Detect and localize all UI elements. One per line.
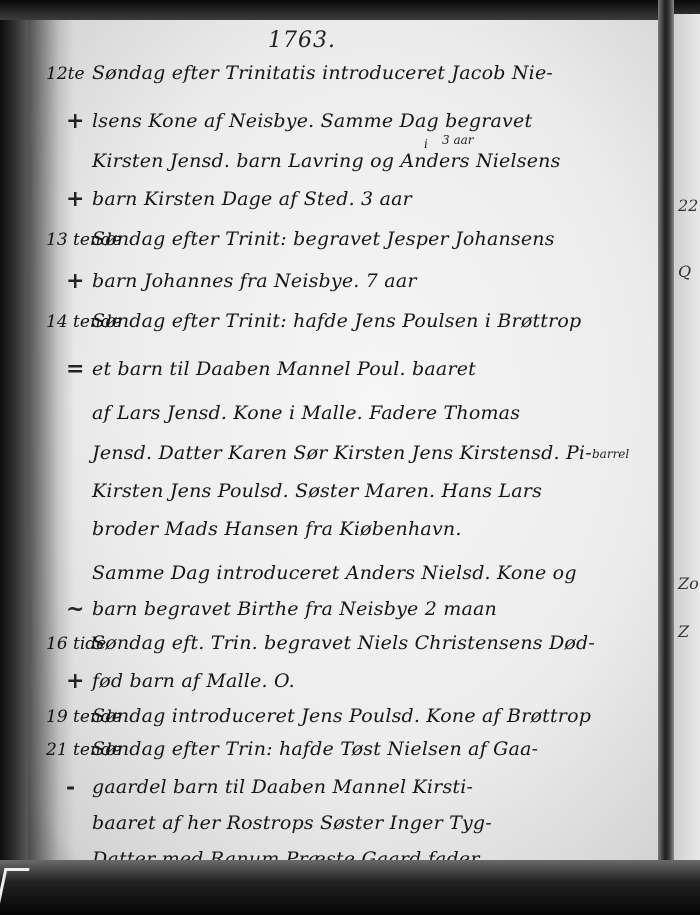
next-page-fragment: Z: [678, 622, 689, 641]
register-line: Kirsten Jensd. barn Lavring og Anders Ni…: [92, 150, 561, 172]
next-page-edge: [674, 14, 700, 876]
register-line: Søndag eft. Trin. begravet Niels Christe…: [92, 632, 595, 654]
bottom-shadow: [0, 860, 700, 915]
register-line: et barn til Daaben Mannel Poul. baaret: [92, 358, 476, 380]
register-line: Søndag introduceret Jens Poulsd. Kone af…: [92, 705, 591, 727]
register-line: Søndag efter Trinitatis introduceret Jac…: [92, 62, 553, 84]
register-line: Samme Dag introduceret Anders Nielsd. Ko…: [92, 562, 577, 584]
register-line: Søndag efter Trin: hafde Tøst Nielsen af…: [92, 738, 538, 760]
margin-sunday-number: 14 tende: [46, 312, 122, 332]
year-heading: 1763.: [268, 28, 336, 53]
margin-sunday-number: 16 tide: [46, 634, 106, 654]
next-page-fragment: Zo: [678, 574, 699, 593]
baptism-mark-icon: -: [66, 774, 75, 800]
burial-cross-icon: +: [66, 668, 84, 694]
next-page-fragment: Q: [678, 262, 691, 281]
register-line: lsens Kone af Neisbye. Samme Dag begrave…: [92, 110, 532, 132]
book-binding: [0, 0, 28, 915]
register-line: fød barn af Malle. O.: [92, 670, 295, 692]
register-line: baaret af her Rostrops Søster Inger Tyg-: [92, 812, 492, 834]
register-line: Søndag efter Trinit: hafde Jens Poulsen …: [92, 310, 581, 332]
page-gutter: [658, 0, 674, 915]
burial-cross-icon: +: [66, 108, 84, 134]
interlinear-note: barrel: [592, 447, 629, 461]
margin-sunday-number: 13 tende: [46, 230, 122, 250]
baptism-mark-icon: =: [66, 356, 84, 382]
burial-cross-icon: +: [66, 186, 84, 212]
register-line: barn Johannes fra Neisbye. 7 aar: [92, 270, 417, 292]
register-line: barn Kirsten Dage af Sted. 3 aar: [92, 188, 412, 210]
register-line: barn begravet Birthe fra Neisbye 2 maan: [92, 598, 497, 620]
register-line: broder Mads Hansen fra Kiøbenhavn.: [92, 518, 462, 540]
margin-sunday-number: 12te: [46, 64, 85, 84]
register-line: Søndag efter Trinit: begravet Jesper Joh…: [92, 228, 555, 250]
margin-sunday-number: 19 tende: [46, 707, 122, 727]
top-shadow: [0, 0, 700, 20]
next-page-fragment: 22: [678, 196, 698, 215]
interlinear-note: 3 aar: [442, 133, 474, 147]
margin-sunday-number: 21 tende: [46, 740, 122, 760]
burial-cross-icon: +: [66, 268, 84, 294]
baptism-mark-icon: ~: [66, 596, 84, 622]
register-line: Jensd. Datter Karen Sør Kirsten Jens Kir…: [92, 442, 592, 464]
register-line: af Lars Jensd. Kone i Malle. Fadere Thom…: [92, 402, 520, 424]
register-line: gaardel barn til Daaben Mannel Kirsti-: [92, 776, 473, 798]
register-line: Kirsten Jens Poulsd. Søster Maren. Hans …: [92, 480, 542, 502]
interlinear-note: i: [424, 137, 428, 151]
